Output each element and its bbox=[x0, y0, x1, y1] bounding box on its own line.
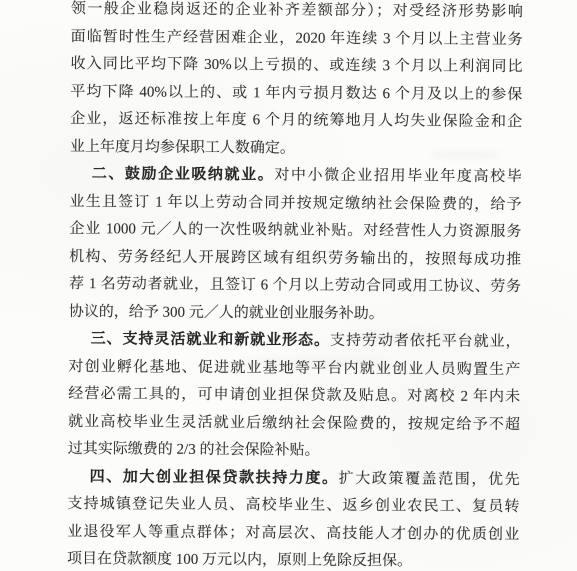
line-text: 企业，返还标准按上年度 6 个月的统筹地月人均失业保险金和企 bbox=[70, 111, 522, 130]
text-line: 业生且签订 1 年以上劳动合同并按规定缴纳社会保险费的，给予 bbox=[69, 188, 521, 219]
line-text: 领一般企业稳岗返还的企业补齐差额部分）；对受经济形势影响 bbox=[71, 1, 523, 20]
line-text: 面临暂时性生产经营困难企业，2020 年连续 3 个月以上主营业务 bbox=[71, 28, 523, 47]
line-text: 经营必需工具的，可申请创业担保贷款及贴息。对离校 2 年内未 bbox=[68, 386, 520, 405]
line-text: 过其实际缴费的 2/3 的社会保险补贴。 bbox=[68, 441, 320, 459]
line-text: 机构、劳务经纪人开展跨区域有组织劳务输出的，按照每成功推 bbox=[69, 248, 521, 267]
line-text: 支持城镇登记失业人员、高校毕业生、返乡创业农民工、复员转 bbox=[67, 496, 519, 515]
text-line: 业退役军人等重点群体；对高层次、高技能人才创办的优质创业 bbox=[67, 518, 519, 549]
text-line: 面临暂时性生产经营困难企业，2020 年连续 3 个月以上主营业务 bbox=[71, 23, 523, 54]
line-text: 支持劳动者依托平台就业， bbox=[330, 333, 521, 350]
text-line: 经营必需工具的，可申请创业担保贷款及贴息。对离校 2 年内未 bbox=[68, 381, 520, 412]
text-line: 三、支持灵活就业和新就业形态。支持劳动者依托平台就业， bbox=[69, 326, 521, 357]
scanned-document-page: 领一般企业稳岗返还的企业补齐差额部分）；对受经济形势影响面临暂时性生产经营困难企… bbox=[0, 0, 577, 571]
line-text: 业生且签订 1 年以上劳动合同并按规定缴纳社会保险费的，给予 bbox=[70, 193, 522, 212]
line-text: 业退役军人等重点群体；对高层次、高技能人才创办的优质创业 bbox=[67, 523, 519, 542]
line-text: 项目在贷款额度 100 万元以内，原则上免除反担保。 bbox=[67, 551, 412, 569]
text-line: 企业，返还标准按上年度 6 个月的统筹地月人均失业保险金和企 bbox=[70, 106, 522, 137]
line-text: 平均下降 40%以上的、或 1 年内亏损月数达 6 个月及以上的参保 bbox=[70, 83, 522, 102]
text-line: 就业高校毕业生灵活就业后缴纳社会保险费的，按规定给予不超 bbox=[68, 408, 520, 439]
text-line: 协议的，给予 300 元／人的就业创业服务补助。 bbox=[69, 298, 521, 329]
section-heading: 三、支持灵活就业和新就业形态。 bbox=[91, 331, 331, 349]
line-text: 对中小微企业招用毕业年度高校毕 bbox=[274, 167, 521, 185]
line-text: 扩大政策覆盖范围，优先 bbox=[339, 470, 520, 487]
text-line: 对创业孵化基地、促进就业基地等平台内就业创业人员购置生产 bbox=[68, 353, 520, 384]
line-text: 企业 1000 元／人的一次性吸纳就业补贴。对经营性人力资源服务 bbox=[69, 221, 521, 240]
text-line: 领一般企业稳岗返还的企业补齐差额部分）；对受经济形势影响 bbox=[71, 0, 523, 27]
line-text: 业上年度月均参保职工人数确定。 bbox=[70, 138, 295, 156]
text-line: 企业 1000 元／人的一次性吸纳就业补贴。对经营性人力资源服务 bbox=[69, 216, 521, 247]
line-text: 对创业孵化基地、促进就业基地等平台内就业创业人员购置生产 bbox=[68, 358, 520, 377]
text-line: 四、加大创业担保贷款扶持力度。扩大政策覆盖范围，优先 bbox=[68, 463, 520, 494]
text-line: 荐 1 名劳动者就业，且签订 6 个月以上劳动合同或用工协议、劳务 bbox=[69, 271, 521, 302]
document-text-block: 领一般企业稳岗返还的企业补齐差额部分）；对受经济形势影响面临暂时性生产经营困难企… bbox=[67, 0, 523, 571]
section-heading: 二、鼓励企业吸纳就业。 bbox=[92, 166, 275, 183]
section-heading: 四、加大创业担保贷款扶持力度。 bbox=[90, 469, 339, 487]
text-line: 支持城镇登记失业人员、高校毕业生、返乡创业农民工、复员转 bbox=[67, 491, 519, 522]
text-line: 过其实际缴费的 2/3 的社会保险补贴。 bbox=[68, 436, 520, 467]
line-text: 收入同比平均下降 30%以上亏损的、或连续 3 个月以上利润同比 bbox=[70, 56, 522, 75]
text-line: 收入同比平均下降 30%以上亏损的、或连续 3 个月以上利润同比 bbox=[70, 51, 522, 82]
line-text: 荐 1 名劳动者就业，且签订 6 个月以上劳动合同或用工协议、劳务 bbox=[69, 276, 521, 295]
text-line: 平均下降 40%以上的、或 1 年内亏损月数达 6 个月及以上的参保 bbox=[70, 78, 522, 109]
text-line: 机构、劳务经纪人开展跨区域有组织劳务输出的，按照每成功推 bbox=[69, 243, 521, 274]
line-text: 协议的，给予 300 元／人的就业创业服务补助。 bbox=[69, 303, 384, 321]
text-line: 项目在贷款额度 100 万元以内，原则上免除反担保。 bbox=[67, 546, 519, 571]
line-text: 就业高校毕业生灵活就业后缴纳社会保险费的，按规定给予不超 bbox=[68, 413, 520, 432]
text-line: 二、鼓励企业吸纳就业。对中小微企业招用毕业年度高校毕 bbox=[70, 161, 522, 192]
text-line: 业上年度月均参保职工人数确定。 bbox=[70, 133, 522, 164]
